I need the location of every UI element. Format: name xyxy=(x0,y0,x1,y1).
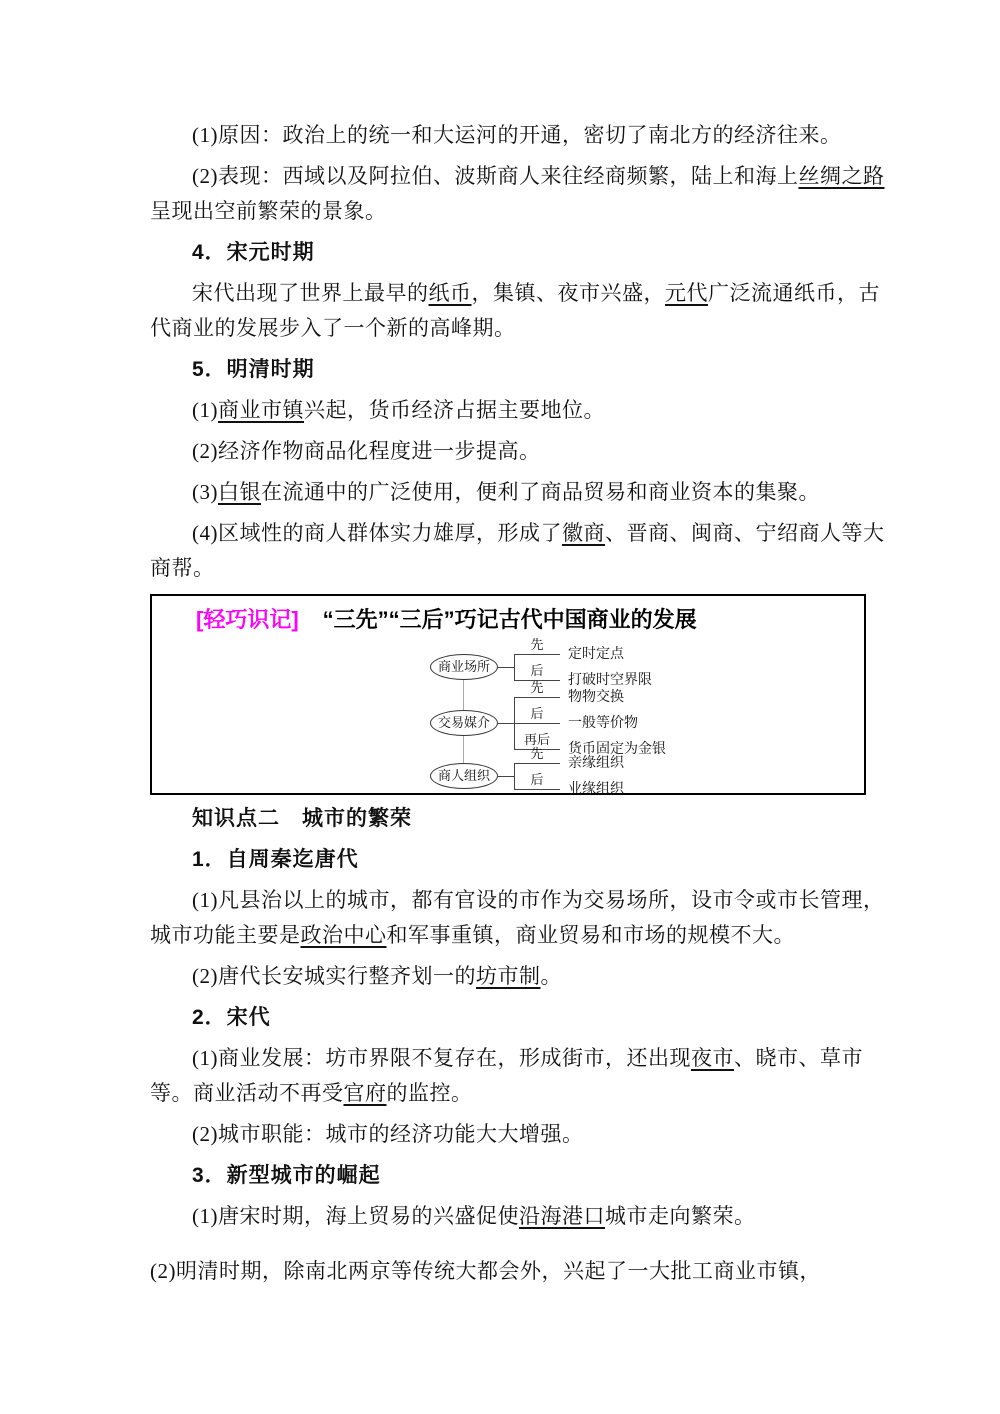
diagram-order-label: 先 xyxy=(514,637,560,655)
text-segment: 。 xyxy=(541,964,563,988)
text-segment: ，集镇、夜市兴盛， xyxy=(472,281,666,305)
underlined-term: 丝绸之路 xyxy=(798,164,884,188)
diagram-result-label: 物物交换 xyxy=(568,688,624,707)
underlined-term: 夜市 xyxy=(691,1046,734,1070)
diagram-node-link-line xyxy=(463,680,464,710)
text-segment: (2)唐代长安城实行整齐划一的 xyxy=(192,964,476,988)
text-segment: 呈现出空前繁荣的景象。 xyxy=(150,199,387,223)
text-segment: 代商业的发展步入了一个新的高峰期。 xyxy=(150,316,516,340)
underlined-term: 元代 xyxy=(665,281,708,305)
text-line: (2)经济作物商品化程度进一步提高。 xyxy=(150,434,866,469)
text-line: 等。商业活动不再受官府的监控。 xyxy=(150,1076,866,1111)
text-line: (1)凡县治以上的城市，都有官设的市作为交易场所，设市令或市长管理， xyxy=(150,883,866,918)
memo-box-header: [轻巧识记]“三先”“三后”巧记古代中国商业的发展 xyxy=(152,596,864,635)
memo-title: “三先”“三后”巧记古代中国商业的发展 xyxy=(323,607,697,632)
diagram-node: 交易媒介 xyxy=(430,710,498,736)
text-segment: 、晋商、闽商、宁绍商人等大 xyxy=(605,521,885,545)
underlined-term: 商业市镇 xyxy=(218,398,304,422)
text-segment: 的监控。 xyxy=(387,1081,473,1105)
text-segment: 兴起，货币经济占据主要地位。 xyxy=(304,398,605,422)
text-segment: 在流通中的广泛使用，便利了商品贸易和商业资本的集聚。 xyxy=(261,480,820,504)
text-line: 3．新型城市的崛起 xyxy=(150,1158,866,1193)
text-line: (1)商业市镇兴起，货币经济占据主要地位。 xyxy=(150,393,866,428)
document-page: (1)原因：政治上的统一和大运河的开通，密切了南北方的经济往来。(2)表现：西域… xyxy=(0,0,1000,1414)
diagram-order-label: 后 xyxy=(514,706,560,724)
text-segment: (1)原因：政治上的统一和大运河的开通，密切了南北方的经济往来。 xyxy=(192,123,841,147)
diagram-result-label: 业缘组织 xyxy=(568,780,624,799)
text-segment: 城市功能主要是 xyxy=(150,923,301,947)
text-segment: 知识点二 城市的繁荣 xyxy=(192,807,412,830)
text-segment: 等。商业活动不再受 xyxy=(150,1081,344,1105)
underlined-term: 纸币 xyxy=(429,281,472,305)
diagram-order-label: 先 xyxy=(514,680,560,698)
diagram-node: 商人组织 xyxy=(430,763,498,789)
text-segment: 2．宋代 xyxy=(192,1006,271,1029)
diagram-result-label: 定时定点 xyxy=(568,645,624,664)
text-segment: 4．宋元时期 xyxy=(192,241,315,264)
text-line: (2)城市职能：城市的经济功能大大增强。 xyxy=(150,1117,866,1152)
diagram-result-label: 亲缘组织 xyxy=(568,754,624,773)
text-line: (3)白银在流通中的广泛使用，便利了商品贸易和商业资本的集聚。 xyxy=(150,475,866,510)
text-line: 呈现出空前繁荣的景象。 xyxy=(150,194,866,229)
underlined-term: 沿海港口 xyxy=(519,1204,605,1228)
text-line: (2)表现：西域以及阿拉伯、波斯商人来往经商频繁，陆上和海上丝绸之路 xyxy=(150,159,866,194)
text-segment: 广泛流通纸币，古 xyxy=(708,281,880,305)
diagram-node: 商业场所 xyxy=(430,654,498,680)
text-line: (2)明清时期，除南北两京等传统大都会外，兴起了一大批工商业市镇， xyxy=(150,1254,866,1289)
diagram-connector-line xyxy=(498,667,514,668)
diagram-order-label: 后 xyxy=(514,663,560,681)
diagram-connector-line xyxy=(498,776,514,777)
text-line: 2．宋代 xyxy=(150,1000,866,1035)
text-segment: 1．自周秦迄唐代 xyxy=(192,848,359,871)
text-line: 宋代出现了世界上最早的纸币，集镇、夜市兴盛，元代广泛流通纸币，古 xyxy=(150,276,866,311)
text-line: 商帮。 xyxy=(150,551,866,586)
text-segment: 3．新型城市的崛起 xyxy=(192,1164,381,1187)
memo-tag-label: [轻巧识记] xyxy=(196,607,299,632)
page-content: (1)原因：政治上的统一和大运河的开通，密切了南北方的经济往来。(2)表现：西域… xyxy=(150,112,866,1289)
diagram-order-label: 先 xyxy=(514,746,560,764)
text-line: 5．明清时期 xyxy=(150,352,866,387)
text-line: (1)商业发展：坊市界限不复存在，形成街市，还出现夜市、晓市、草市 xyxy=(150,1041,866,1076)
text-line: 代商业的发展步入了一个新的高峰期。 xyxy=(150,311,866,346)
text-segment: (4)区域性的商人群体实力雄厚，形成了 xyxy=(192,521,562,545)
text-line: (2)唐代长安城实行整齐划一的坊市制。 xyxy=(150,959,866,994)
text-segment: (1)唐宋时期，海上贸易的兴盛促使 xyxy=(192,1204,519,1228)
text-segment: (1) xyxy=(192,398,218,422)
underlined-term: 徽商 xyxy=(562,521,605,545)
text-line: (1)原因：政治上的统一和大运河的开通，密切了南北方的经济往来。 xyxy=(150,118,866,153)
section-commerce-development: (1)原因：政治上的统一和大运河的开通，密切了南北方的经济往来。(2)表现：西域… xyxy=(150,118,866,586)
text-line: 4．宋元时期 xyxy=(150,235,866,270)
underlined-term: 坊市制 xyxy=(476,964,541,988)
text-segment: 、晓市、草市 xyxy=(734,1046,863,1070)
text-line: (1)唐宋时期，海上贸易的兴盛促使沿海港口城市走向繁荣。 xyxy=(150,1199,866,1234)
underlined-term: 白银 xyxy=(218,480,261,504)
underlined-term: 政治中心 xyxy=(301,923,387,947)
text-segment: 商帮。 xyxy=(150,556,215,580)
mnemonic-diagram: 商业场所先定时定点后打破时空界限交易媒介先物物交换后一般等价物再后货币固定为金银… xyxy=(152,641,864,793)
diagram-result-label: 一般等价物 xyxy=(568,714,638,733)
text-segment: 和军事重镇，商业贸易和市场的规模不大。 xyxy=(387,923,796,947)
text-segment: (1)商业发展：坊市界限不复存在，形成街市，还出现 xyxy=(192,1046,691,1070)
underlined-term: 官府 xyxy=(344,1081,387,1105)
text-segment: (2)表现：西域以及阿拉伯、波斯商人来往经商频繁，陆上和海上 xyxy=(192,164,798,188)
text-line: 1．自周秦迄唐代 xyxy=(150,842,866,877)
text-segment: (1)凡县治以上的城市，都有官设的市作为交易场所，设市令或市长管理， xyxy=(192,888,884,912)
diagram-node-link-line xyxy=(463,736,464,763)
text-segment: (2)经济作物商品化程度进一步提高。 xyxy=(192,439,541,463)
text-line: (4)区域性的商人群体实力雄厚，形成了徽商、晋商、闽商、宁绍商人等大 xyxy=(150,516,866,551)
text-segment: 宋代出现了世界上最早的 xyxy=(192,281,429,305)
text-line: 城市功能主要是政治中心和军事重镇，商业贸易和市场的规模不大。 xyxy=(150,918,866,953)
section-city-prosperity: 知识点二 城市的繁荣1．自周秦迄唐代(1)凡县治以上的城市，都有官设的市作为交易… xyxy=(150,801,866,1289)
text-segment: 城市走向繁荣。 xyxy=(605,1204,756,1228)
text-segment: (2)明清时期，除南北两京等传统大都会外，兴起了一大批工商业市镇， xyxy=(150,1259,821,1283)
text-segment: 5．明清时期 xyxy=(192,358,315,381)
memo-box: [轻巧识记]“三先”“三后”巧记古代中国商业的发展 商业场所先定时定点后打破时空… xyxy=(150,594,866,795)
text-segment: (2)城市职能：城市的经济功能大大增强。 xyxy=(192,1122,584,1146)
diagram-connector-line xyxy=(498,723,514,724)
text-segment: (3) xyxy=(192,480,218,504)
diagram-order-label: 后 xyxy=(514,772,560,790)
text-line: 知识点二 城市的繁荣 xyxy=(150,801,866,836)
